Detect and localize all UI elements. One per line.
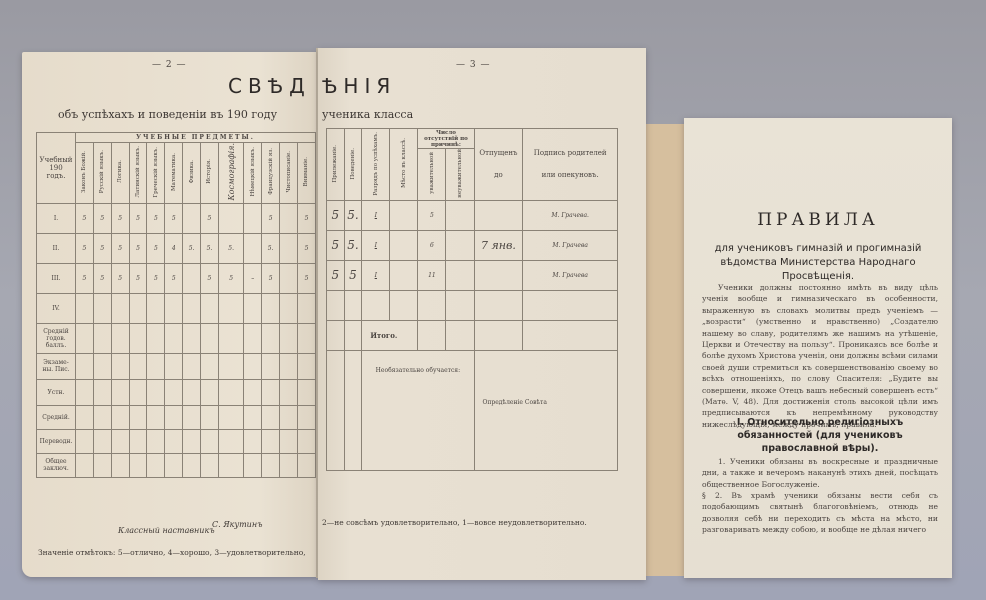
- diligence-cell: 5: [327, 230, 345, 260]
- grade-cell: 5: [76, 263, 94, 293]
- absences-valid-cell: 11: [418, 260, 446, 290]
- teacher-label: Классный наставникъ: [118, 526, 215, 535]
- quarter-label: IV.: [37, 293, 76, 323]
- lower-row: Общее заключ.: [37, 453, 316, 477]
- brown-booklet-cover: [640, 124, 690, 576]
- grade-cell: 5: [201, 203, 219, 233]
- page-number-left: — 2 —: [152, 60, 186, 70]
- subject-header: Французскій яз.: [268, 148, 274, 195]
- grade-cell: 5: [165, 263, 183, 293]
- grade-cell: 5.: [183, 233, 201, 263]
- total-row: Итого.: [327, 320, 618, 350]
- dismissed-cell: [474, 200, 523, 230]
- dismissed-to-label: до: [475, 171, 523, 179]
- grade-cell: 5: [297, 233, 315, 263]
- rules-paragraph-2: § 2. Въ храмѣ ученики обязаны вести себя…: [702, 490, 938, 536]
- conduct-cell: 5.: [344, 200, 362, 230]
- grade-cell: 5: [93, 263, 111, 293]
- subtitle-left: объ успѣхахъ и поведеніи въ 190 году: [58, 108, 277, 121]
- conduct-cell: 5: [344, 260, 362, 290]
- row-label: Средній годов. баллъ.: [37, 323, 76, 353]
- grade-cell: [280, 203, 298, 233]
- grade-cell: 5: [218, 263, 244, 293]
- optional-subjects-label: Необязательно обучается:: [362, 350, 474, 470]
- parent-sig-header: Подпись родителей или опекуновъ.: [523, 129, 618, 201]
- rank-cell: I: [362, 200, 390, 230]
- subject-header: Греческій языкъ.: [153, 147, 159, 198]
- grade-legend-left: Значеніе отмѣтокъ: 5—отлично, 4—хорошо, …: [38, 548, 306, 557]
- conduct-cell: 5.: [344, 230, 362, 260]
- rules-subtitle: для учениковъ гимназій и прогимназій вѣд…: [694, 242, 942, 284]
- grade-cell: 4: [165, 233, 183, 263]
- diligence-cell: 5: [327, 260, 345, 290]
- rules-intro: Ученики должны постоянно имѣть въ виду ц…: [702, 282, 938, 430]
- grade-cell: [280, 263, 298, 293]
- place-cell: [390, 200, 418, 230]
- lower-row: Средній годов. баллъ.: [37, 323, 316, 353]
- council-decision-label: Опредѣленіе Совѣта: [474, 350, 618, 470]
- parent-signature: М. Грачева: [523, 230, 618, 260]
- dismissed-cell: 7 янв.: [474, 230, 523, 260]
- grade-cell: 5.: [262, 233, 280, 263]
- conduct-row-1: 5 5. I 5 М. Грачева.: [327, 200, 618, 230]
- rules-section-title: I. Относительно религіозныхъ обязанносте…: [702, 416, 938, 455]
- total-label: Итого.: [362, 320, 418, 350]
- rank-cell: I: [362, 230, 390, 260]
- subject-header: Логика.: [117, 160, 123, 183]
- grade-cell: [244, 233, 262, 263]
- parent-signature: М. Грачева.: [523, 200, 618, 230]
- subject-header: Законъ Божій.: [81, 151, 87, 193]
- grade-cell: 5.: [201, 233, 219, 263]
- grade-cell: 5: [76, 203, 94, 233]
- grade-cell: 5: [297, 263, 315, 293]
- subject-header: Вниманіе.: [303, 157, 309, 186]
- year-label-2: 190: [37, 164, 75, 172]
- notes-row: Необязательно обучается: Опредѣленіе Сов…: [327, 350, 618, 470]
- quarter-label: III.: [37, 263, 76, 293]
- place-cell: [390, 260, 418, 290]
- subject-header: Физика.: [189, 160, 195, 183]
- grade-row-q3: III. 5 5 5 5 5 5 5 5 – 5 5: [37, 263, 316, 293]
- grade-cell: –: [244, 263, 262, 293]
- grade-cell: 5: [147, 203, 165, 233]
- absences-invalid-cell: [446, 230, 474, 260]
- subject-header: Чистописаніе.: [286, 151, 292, 192]
- grade-cell: 5: [93, 203, 111, 233]
- subject-header: Русскій языкъ.: [99, 150, 105, 193]
- page-number-right: — 3 —: [456, 60, 490, 70]
- abs-sub-header: неуважительной: [457, 149, 463, 198]
- grade-cell: 5: [129, 203, 147, 233]
- grade-cell: 5: [262, 263, 280, 293]
- dismissed-label: Отпущенъ: [475, 149, 523, 157]
- year-label-1: Учебный: [37, 156, 75, 164]
- title-part-left: СВѢД: [228, 74, 311, 98]
- grade-cell: 5: [147, 263, 165, 293]
- title-part-right: ѢНІЯ: [322, 74, 396, 98]
- grade-cell: [183, 203, 201, 233]
- grade-cell: 5: [147, 233, 165, 263]
- row-label: Общее заключ.: [37, 453, 76, 477]
- col-header: Разрядъ по успѣхамъ.: [373, 132, 379, 196]
- grade-cell: 5: [262, 203, 280, 233]
- guardian-label: или опекуновъ.: [523, 171, 617, 179]
- grade-cell: [280, 233, 298, 263]
- diligence-cell: 5: [327, 200, 345, 230]
- parent-sig-label: Подпись родителей: [523, 149, 617, 157]
- grade-cell: [218, 203, 244, 233]
- subtitle-right: ученика класса: [322, 108, 413, 121]
- parent-signature: М. Грачева: [523, 260, 618, 290]
- grade-cell: 5: [111, 233, 129, 263]
- grade-row-q1: I. 5 5 5 5 5 5 5 5 5: [37, 203, 316, 233]
- absences-invalid-cell: [446, 200, 474, 230]
- absences-valid-cell: 5: [418, 200, 446, 230]
- subject-header: Космографія.: [227, 143, 236, 201]
- conduct-row-3: 5 5 I 11 М. Грачева: [327, 260, 618, 290]
- rules-booklet: ПРАВИЛА для учениковъ гимназій и прогимн…: [684, 118, 952, 578]
- grade-cell: [244, 203, 262, 233]
- dismissed-cell: [474, 260, 523, 290]
- place-cell: [390, 230, 418, 260]
- grade-cell: 5: [111, 203, 129, 233]
- row-label: Переводн.: [37, 429, 76, 453]
- absences-invalid-cell: [446, 260, 474, 290]
- row-label: Экзаме- ны. Пис.: [37, 353, 76, 379]
- row-label: Средній.: [37, 405, 76, 429]
- grade-cell: 5: [165, 203, 183, 233]
- subjects-row: Законъ Божій. Русскій языкъ. Логика. Лат…: [37, 143, 316, 204]
- grade-cell: 5: [129, 263, 147, 293]
- teacher-signature: С. Якутинъ: [212, 520, 262, 529]
- grade-cell: 5: [111, 263, 129, 293]
- col-header: Прилежаніе.: [332, 145, 338, 183]
- lower-row: Устн.: [37, 379, 316, 405]
- conduct-row-2: 5 5. I 6 7 янв. М. Грачева: [327, 230, 618, 260]
- subject-header: Нѣмецкій языкъ.: [250, 147, 256, 196]
- grade-cell: 5: [129, 233, 147, 263]
- grade-legend-right: 2—не совсѣмъ удовлетворительно, 1—вовсе …: [322, 518, 587, 527]
- col-header: Поведеніе.: [350, 148, 356, 180]
- grade-cell: [183, 263, 201, 293]
- report-right-page: — 3 — ѢНІЯ ученика класса Прилежаніе. По…: [318, 48, 646, 580]
- conduct-table: Прилежаніе. Поведеніе. Разрядъ по успѣха…: [326, 128, 618, 471]
- grades-table: Учебный 190 годъ. УЧЕБНЫЕ ПРЕДМЕТЫ. Зако…: [36, 132, 316, 478]
- grade-cell: 5.: [218, 233, 244, 263]
- year-label-3: годъ.: [37, 172, 75, 180]
- grade-cell: 5: [297, 203, 315, 233]
- year-header: Учебный 190 годъ.: [37, 133, 76, 204]
- grade-row-q4: IV.: [37, 293, 316, 323]
- lower-row: Средній.: [37, 405, 316, 429]
- lower-row: Переводн.: [37, 429, 316, 453]
- quarter-label: II.: [37, 233, 76, 263]
- subject-header: Математика.: [171, 153, 177, 191]
- absences-header: Число отсутствій по причинѣ:: [418, 129, 474, 149]
- grade-row-q2: II. 5 5 5 5 5 4 5. 5. 5. 5. 5: [37, 233, 316, 263]
- rules-paragraph-1: 1. Ученики обязаны въ воскресные и празд…: [702, 456, 938, 490]
- absences-valid-cell: 6: [418, 230, 446, 260]
- abs-sub-header: уважительной: [429, 152, 435, 194]
- quarter-label: I.: [37, 203, 76, 233]
- grade-cell: 5: [76, 233, 94, 263]
- grade-cell: 5: [93, 233, 111, 263]
- lower-row: Экзаме- ны. Пис.: [37, 353, 316, 379]
- subject-header: Исторія.: [206, 159, 212, 184]
- row-label: Устн.: [37, 379, 76, 405]
- col-header: Мѣсто въ классѣ.: [401, 138, 407, 188]
- report-left-page: — 2 — СВѢД объ успѣхахъ и поведеніи въ 1…: [22, 52, 318, 577]
- grade-cell: 5: [201, 263, 219, 293]
- conduct-row-4: [327, 290, 618, 320]
- subject-header: Латинскій языкъ.: [135, 146, 141, 197]
- subjects-header: УЧЕБНЫЕ ПРЕДМЕТЫ.: [76, 133, 316, 143]
- dismissed-header: Отпущенъ до: [474, 129, 523, 201]
- rules-title: ПРАВИЛА: [684, 210, 952, 230]
- rank-cell: I: [362, 260, 390, 290]
